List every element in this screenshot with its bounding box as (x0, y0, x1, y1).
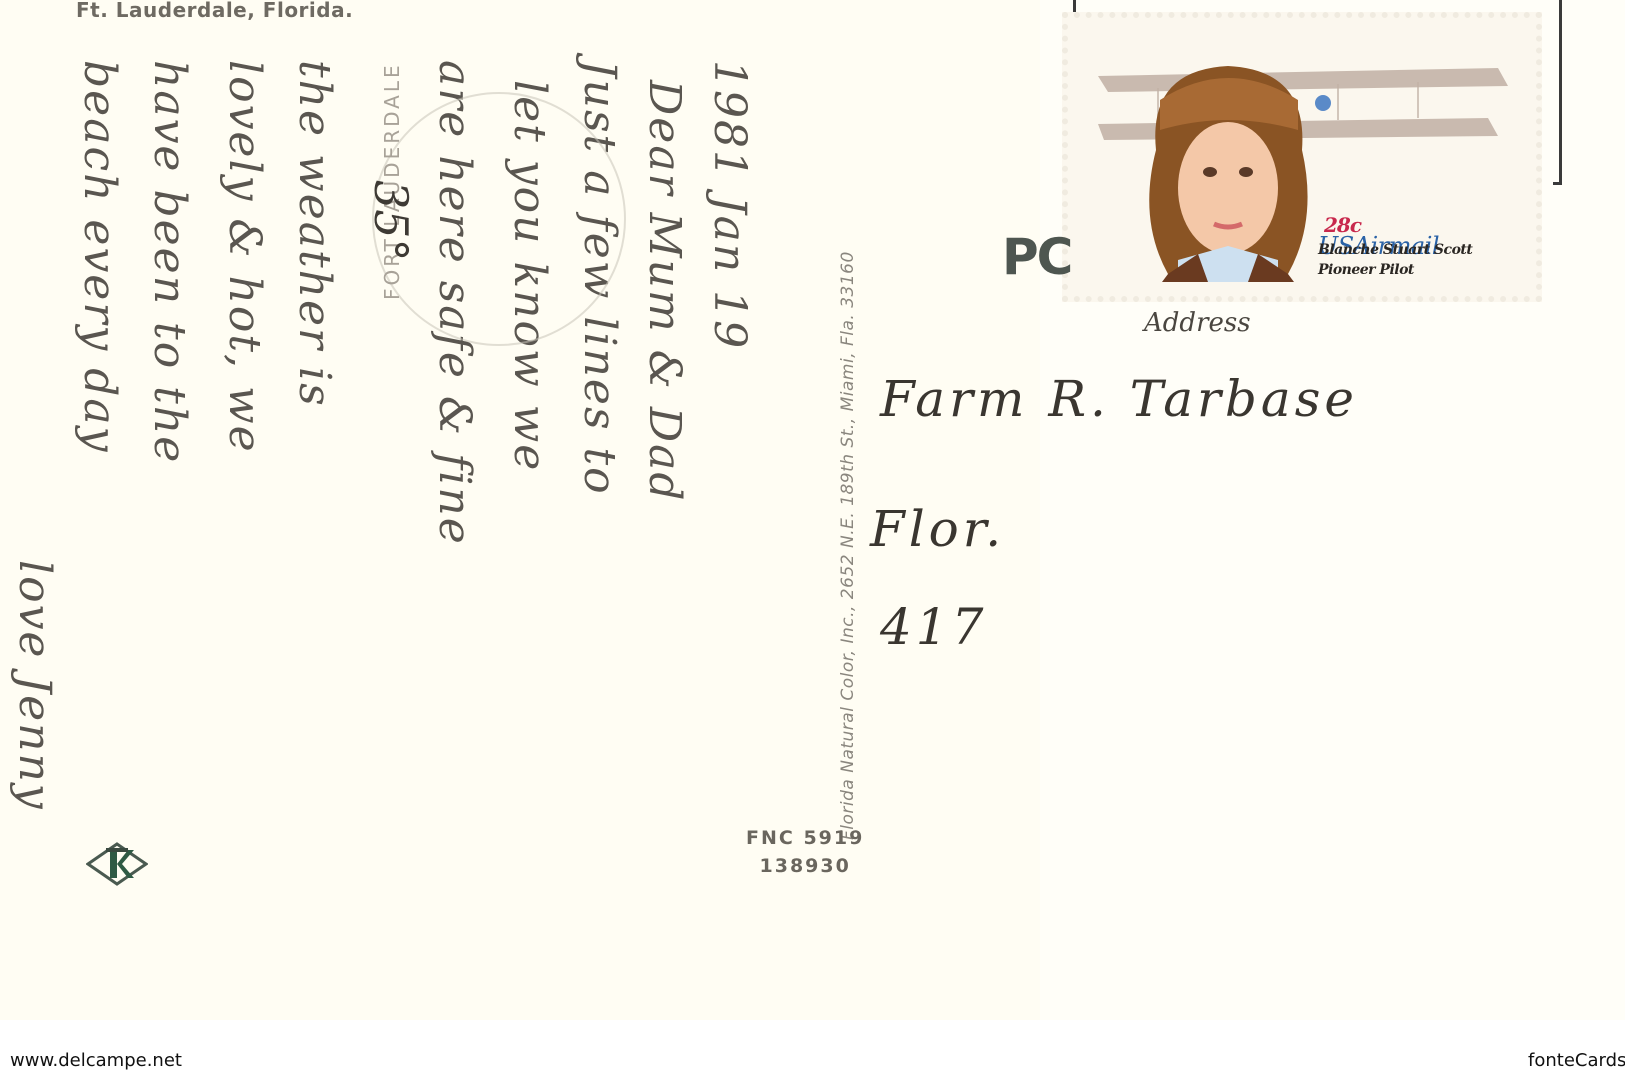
watermark-bar (0, 1020, 1625, 1079)
stamp-subtitle: Pioneer Pilot (1318, 260, 1472, 280)
address-line: 417 (880, 598, 987, 656)
k-diamond-logo-icon (86, 842, 148, 886)
address-line: Flor. (870, 500, 1005, 558)
postcard-mark: PC (1002, 228, 1071, 286)
message-line: have been to the (144, 60, 195, 464)
message-line: lovely & hot, we (219, 60, 270, 454)
product-code: FNC 5919 (746, 824, 864, 852)
message-line: Dear Mum & Dad (639, 80, 690, 503)
watermark-right: fonteCards (1528, 1050, 1625, 1071)
address-label: Address (1144, 308, 1251, 338)
publisher-line: Florida Natural Color, Inc., 2652 N.E. 1… (838, 251, 858, 840)
stamp-box-bracket (1553, 0, 1562, 185)
serial-number: 138930 (746, 852, 864, 880)
address-line: Farm R. Tarbase (880, 370, 1358, 428)
watermark-left: www.delcampe.net (10, 1050, 182, 1071)
stamp-caption: Blanche Stuart Scott Pioneer Pilot (1318, 240, 1472, 280)
message-date: 1981 Jan 19 (704, 60, 755, 350)
stamp-person-name: Blanche Stuart Scott (1318, 240, 1472, 260)
product-code-block: FNC 5919 138930 (746, 824, 864, 880)
handwritten-number: 35° (364, 180, 418, 262)
message-line: beach every day (74, 60, 125, 453)
message-signature: love Jenny (9, 560, 60, 811)
aviator-portrait (1138, 60, 1318, 282)
message-line: the weather is (289, 60, 340, 408)
